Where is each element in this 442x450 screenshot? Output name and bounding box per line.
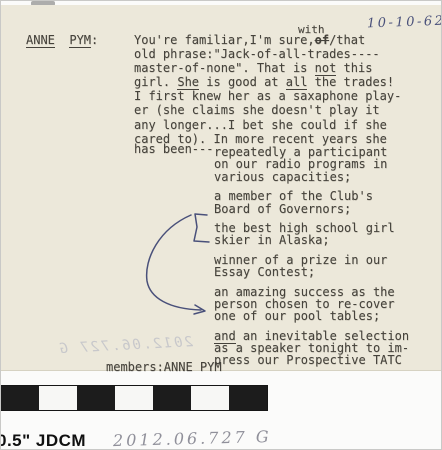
typed-index-card: 10-10-62 ANNE PYM: You're familiar,I'm s… [1,5,442,371]
scale-bar-square-white [115,386,153,410]
typed-text-segment: /that [329,33,365,47]
typed-line: er (she claims she doesn't play it [134,103,401,117]
members-line: members:ANNE PYM [106,360,222,374]
scale-bar-square-white [191,386,229,410]
list-item: repeatedly a participanton our radio pro… [214,146,409,183]
scale-label: 0.5" JDCM [0,431,86,450]
typed-line: any longer...I bet she could if she [134,118,401,132]
typed-text-segment: She [177,75,199,90]
typed-text-segment [55,33,69,47]
accession-number: 2012.06.727 G [113,427,272,450]
typed-list: repeatedly a participanton our radio pro… [214,146,409,374]
typed-text-segment: I first knew her as a saxaphone play- [134,89,401,103]
typed-line: I first knew her as a saxaphone play- [134,89,401,103]
list-item: an amazing success as theperson chosen t… [214,286,409,323]
typed-text-segment: skier in Alaska; [214,233,330,247]
list-item: a member of the Club'sBoard of Governors… [214,190,409,215]
typed-line: You're familiar,I'm sure,of/that [134,33,401,47]
typed-line: various capacities; [214,171,409,183]
typed-text-segment: this [336,61,372,75]
typed-text-segment: girl. [134,75,177,89]
list-item: the best high school girlskier in Alaska… [214,222,409,247]
typed-text-segment: is good at [199,75,286,89]
scale-bar-square-black [153,386,191,410]
typed-text-segment: various capacities; [214,170,351,184]
typed-line: Essay Contest; [214,266,409,278]
pen-curve [147,215,201,310]
list-item: and an inevitable selectionas a speaker … [214,330,409,367]
scale-bar-square-black [77,386,115,410]
typed-line: skier in Alaska; [214,234,409,246]
typed-text-segment: press our Prospective TATC [214,353,402,367]
typed-line: press our Prospective TATC [214,354,409,366]
typed-hanging-line: has been--- [134,142,213,156]
typed-line: girl. She is good at all the trades! [134,75,401,89]
typed-paragraph: You're familiar,I'm sure,of/thatold phra… [134,33,401,146]
typed-insertion-word: with [298,24,325,35]
typed-text-segment: Essay Contest; [214,265,315,279]
typed-line: Board of Governors; [214,203,409,215]
footer-caption-row: 0.5" JDCM 2012.06.727 G [1,429,442,450]
typed-line: master-of-none". That is not this [134,61,401,75]
typed-text-segment: any longer...I bet she could if she [134,118,387,132]
speaker-label: ANNE PYM: [26,33,98,47]
scale-bar-square-black [229,386,267,410]
typed-text-segment: old phrase:"Jack-of-all-trades---- [134,47,380,61]
typed-text-segment: all [286,75,308,90]
typed-text-segment: ANNE [26,33,55,48]
typed-text-segment: the trades! [307,75,394,89]
typed-line: old phrase:"Jack-of-all-trades---- [134,47,401,61]
bleedthrough-text: 2012.06.727 G [43,334,194,358]
scale-bar-square-black [1,386,39,410]
handwritten-date: 10-10-62 [367,14,442,32]
pen-arrowhead [194,305,205,314]
typed-text-segment: You're familiar,I'm sure, [134,33,315,47]
typed-line: one of our pool tables; [214,310,409,322]
typed-text-segment: master-of-none". That is [134,61,315,75]
pen-bracket [194,214,209,242]
typed-text-segment: : [91,33,98,47]
typed-text-segment: er (she claims she doesn't play it [134,103,380,117]
list-item: winner of a prize in ourEssay Contest; [214,254,409,279]
scale-bar-square-white [39,386,77,410]
typed-text-segment: not [315,61,337,76]
photo-scale-bar [1,385,268,411]
typed-text-segment: Board of Governors; [214,202,351,216]
typed-text-segment: PYM [69,33,91,48]
typed-text-segment: one of our pool tables; [214,309,380,323]
scanned-document: 10-10-62 ANNE PYM: You're familiar,I'm s… [0,0,442,450]
